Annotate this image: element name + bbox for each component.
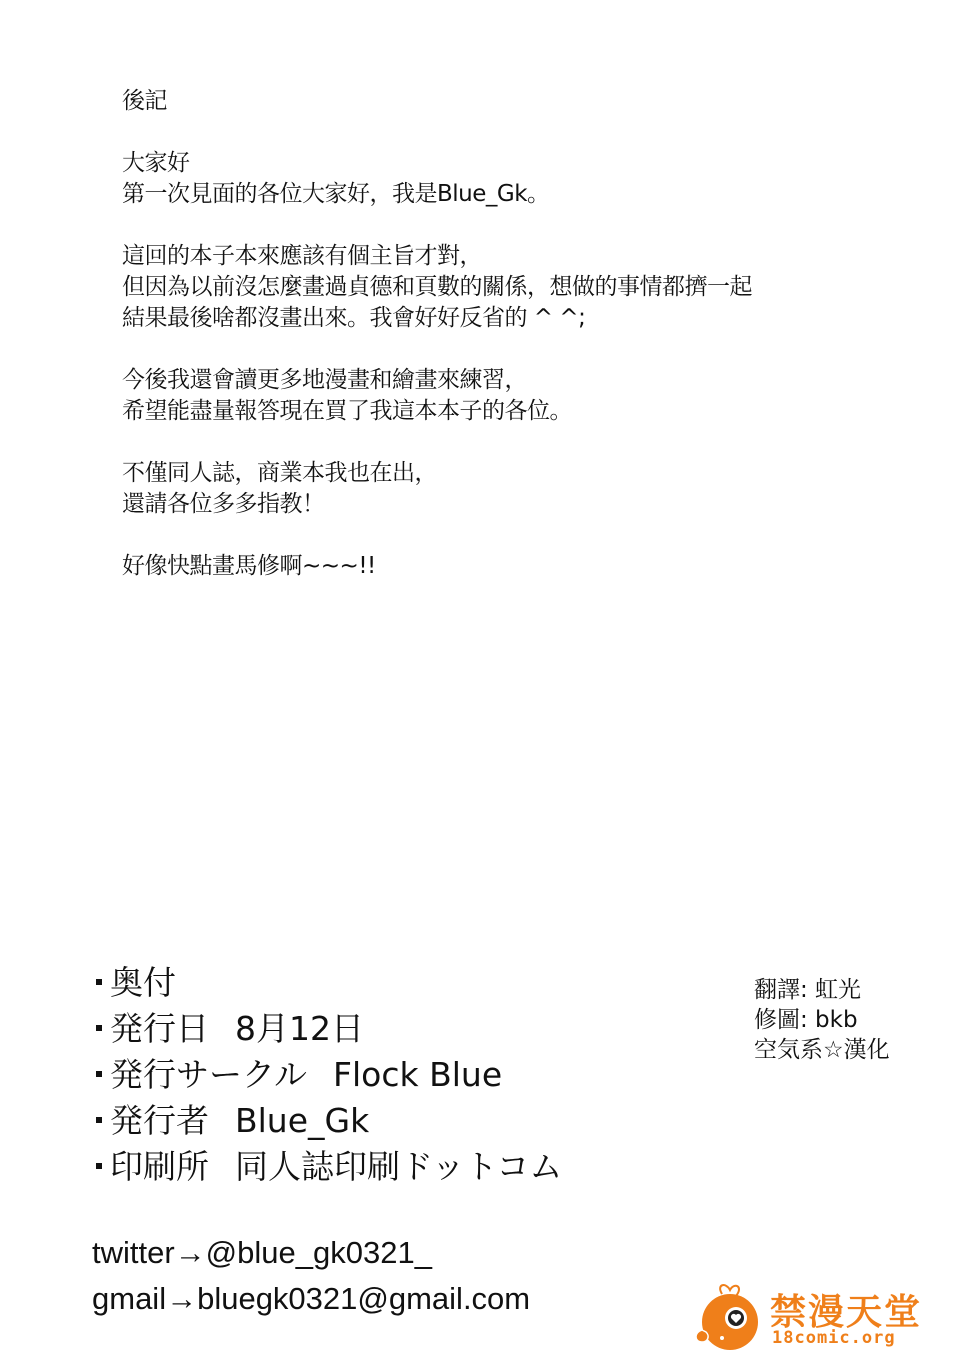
afterword-line: 希望能盡量報答現在買了我這本本子的各位。 (122, 396, 752, 427)
afterword-line: 不僅同人誌，商業本我也在出， (122, 458, 752, 489)
translation-credits: 翻譯: 虹光 修圖: bkb 空気系☆漢化 (754, 975, 890, 1065)
bullet-icon (96, 1071, 102, 1077)
credit-editing: 修圖: bkb (754, 1005, 890, 1035)
watermark-logo: 禁漫天堂 18comic.org (692, 1280, 932, 1356)
bullet-icon (96, 1025, 102, 1031)
bullet-icon (96, 1117, 102, 1123)
colophon-value: Flock Blue (333, 1055, 502, 1094)
credit-group: 空気系☆漢化 (754, 1035, 890, 1065)
colophon-label: 印刷所 (110, 1147, 209, 1186)
colophon-label: 発行者 (110, 1101, 209, 1140)
watermark-url: 18comic.org (772, 1328, 896, 1348)
afterword-line: 大家好 (122, 148, 752, 179)
credit-translation: 翻譯: 虹光 (754, 975, 890, 1005)
afterword-line: 今後我還會讀更多地漫畫和繪畫來練習， (122, 365, 752, 396)
colophon: 奥付 発行日8月12日 発行サークルFlock Blue 発行者Blue_Gk … (92, 960, 562, 1190)
colophon-row-publisher: 発行者Blue_Gk (92, 1098, 562, 1144)
colophon-row-circle: 発行サークルFlock Blue (92, 1052, 562, 1098)
afterword: 後記 大家好 第一次見面的各位大家好，我是Blue_Gk。 這回的本子本來應該有… (122, 86, 752, 582)
afterword-title: 後記 (122, 86, 752, 117)
afterword-line: 第一次見面的各位大家好，我是Blue_Gk。 (122, 179, 752, 210)
colophon-row-printer: 印刷所同人誌印刷ドットコム (92, 1144, 562, 1190)
bullet-icon (96, 1163, 102, 1169)
contacts: twitter→@blue_gk0321_ gmail→bluegk0321@g… (92, 1230, 530, 1322)
colophon-label: 発行日 (110, 1009, 209, 1048)
colophon-label: 発行サークル (110, 1055, 307, 1094)
afterword-line: 好像快點畫馬修啊~~~!! (122, 551, 752, 582)
colophon-value: 8月12日 (235, 1009, 364, 1048)
gmail-contact: gmail→bluegk0321@gmail.com (92, 1276, 530, 1322)
afterword-line: 這回的本子本來應該有個主旨才對， (122, 241, 752, 272)
bullet-icon (96, 979, 102, 985)
afterword-line: 但因為以前沒怎麼畫過貞德和頁數的關係，想做的事情都擠一起 (122, 272, 752, 303)
afterword-line: 結果最後啥都沒畫出來。我會好好反省的 ^ ^; (122, 303, 752, 334)
colophon-row-date: 発行日8月12日 (92, 1006, 562, 1052)
colophon-heading: 奥付 (92, 960, 562, 1006)
colophon-value: Blue_Gk (235, 1101, 369, 1140)
afterword-line: 還請各位多多指教！ (122, 489, 752, 520)
mascot-icon (692, 1280, 768, 1356)
colophon-value: 同人誌印刷ドットコム (235, 1147, 562, 1186)
twitter-contact: twitter→@blue_gk0321_ (92, 1230, 530, 1276)
